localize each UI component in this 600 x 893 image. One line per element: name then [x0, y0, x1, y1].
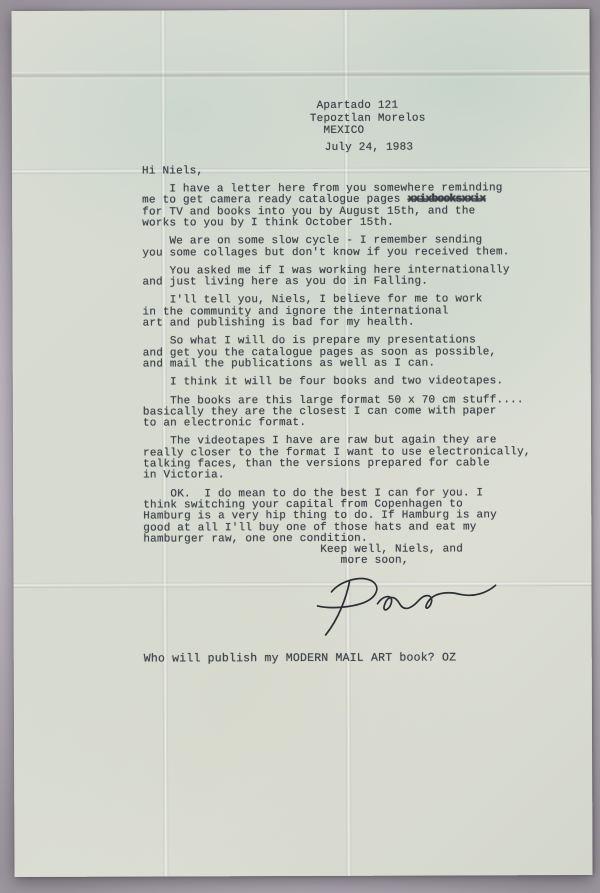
- letter-line: more soon,: [143, 555, 567, 568]
- letter-paragraph: So what I will do is prepare my presenta…: [143, 335, 567, 370]
- letter-line: works to you by I think October 15th.: [142, 217, 566, 230]
- address-line: MEXICO: [310, 124, 566, 137]
- letter-line: in Victoria.: [143, 469, 567, 482]
- letter-paragraph: You asked me if I was working here inter…: [142, 265, 566, 289]
- letter-paragraph: I have a letter here from you somewhere …: [142, 183, 566, 230]
- letter-line: art and publishing is bad for my health.: [143, 317, 567, 330]
- letter-paragraph: The videotapes I have are raw but again …: [143, 436, 567, 483]
- address-line: Tepoztlan Morelos: [310, 112, 566, 125]
- letter-paragraph: The books are this large format 50 x 70 …: [143, 395, 567, 430]
- letter-paragraph: I think it will be four books and two vi…: [143, 376, 567, 389]
- letter-paragraph: OK. I do mean to do the best I can for y…: [143, 488, 567, 569]
- letter-line: to an electronic format.: [143, 417, 567, 430]
- letter-paragraph: We are on some slow cycle - I remember s…: [142, 235, 566, 259]
- letter-line: you some collages but don't know if you …: [142, 247, 566, 260]
- letter-line: and mail the publications as well as I c…: [143, 358, 567, 371]
- letter-date: July 24, 1983: [318, 142, 566, 154]
- signature: [281, 574, 567, 641]
- address-line: Apartado 121: [310, 99, 566, 112]
- letter-line: Hi Niels,: [142, 165, 566, 178]
- postscript: Who will publish my MODERN MAIL ART book…: [144, 652, 568, 665]
- letter-body: Hi Niels, I have a letter here from you …: [142, 165, 567, 568]
- letter-paragraph: I'll tell you, Niels, I believe for me t…: [142, 295, 566, 330]
- letter-line: I think it will be four books and two vi…: [143, 376, 567, 389]
- obliterated-text: xxixbooksxxix: [407, 194, 485, 206]
- sender-address: Apartado 121Tepoztlan Morelos MEXICO: [310, 99, 566, 137]
- horizontal-fold-crease-top: [12, 70, 590, 79]
- letter-content: Apartado 121Tepoztlan Morelos MEXICO Jul…: [142, 99, 568, 664]
- letter-paper: Apartado 121Tepoztlan Morelos MEXICO Jul…: [11, 9, 592, 877]
- letter-line: and just living here as you do in Fallin…: [142, 276, 566, 289]
- signature-handwriting-dave: [281, 574, 513, 639]
- letter-paragraph: Hi Niels,: [142, 165, 566, 178]
